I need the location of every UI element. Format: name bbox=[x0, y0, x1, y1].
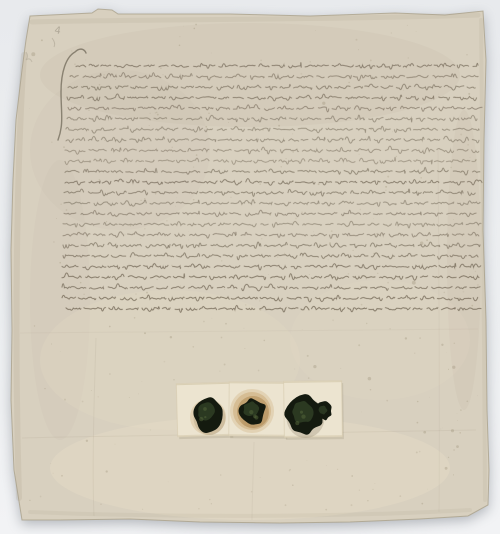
seal-strip bbox=[176, 381, 344, 440]
photo-background: 4 bbox=[0, 0, 500, 534]
manuscript-photograph: 4 bbox=[0, 0, 500, 534]
